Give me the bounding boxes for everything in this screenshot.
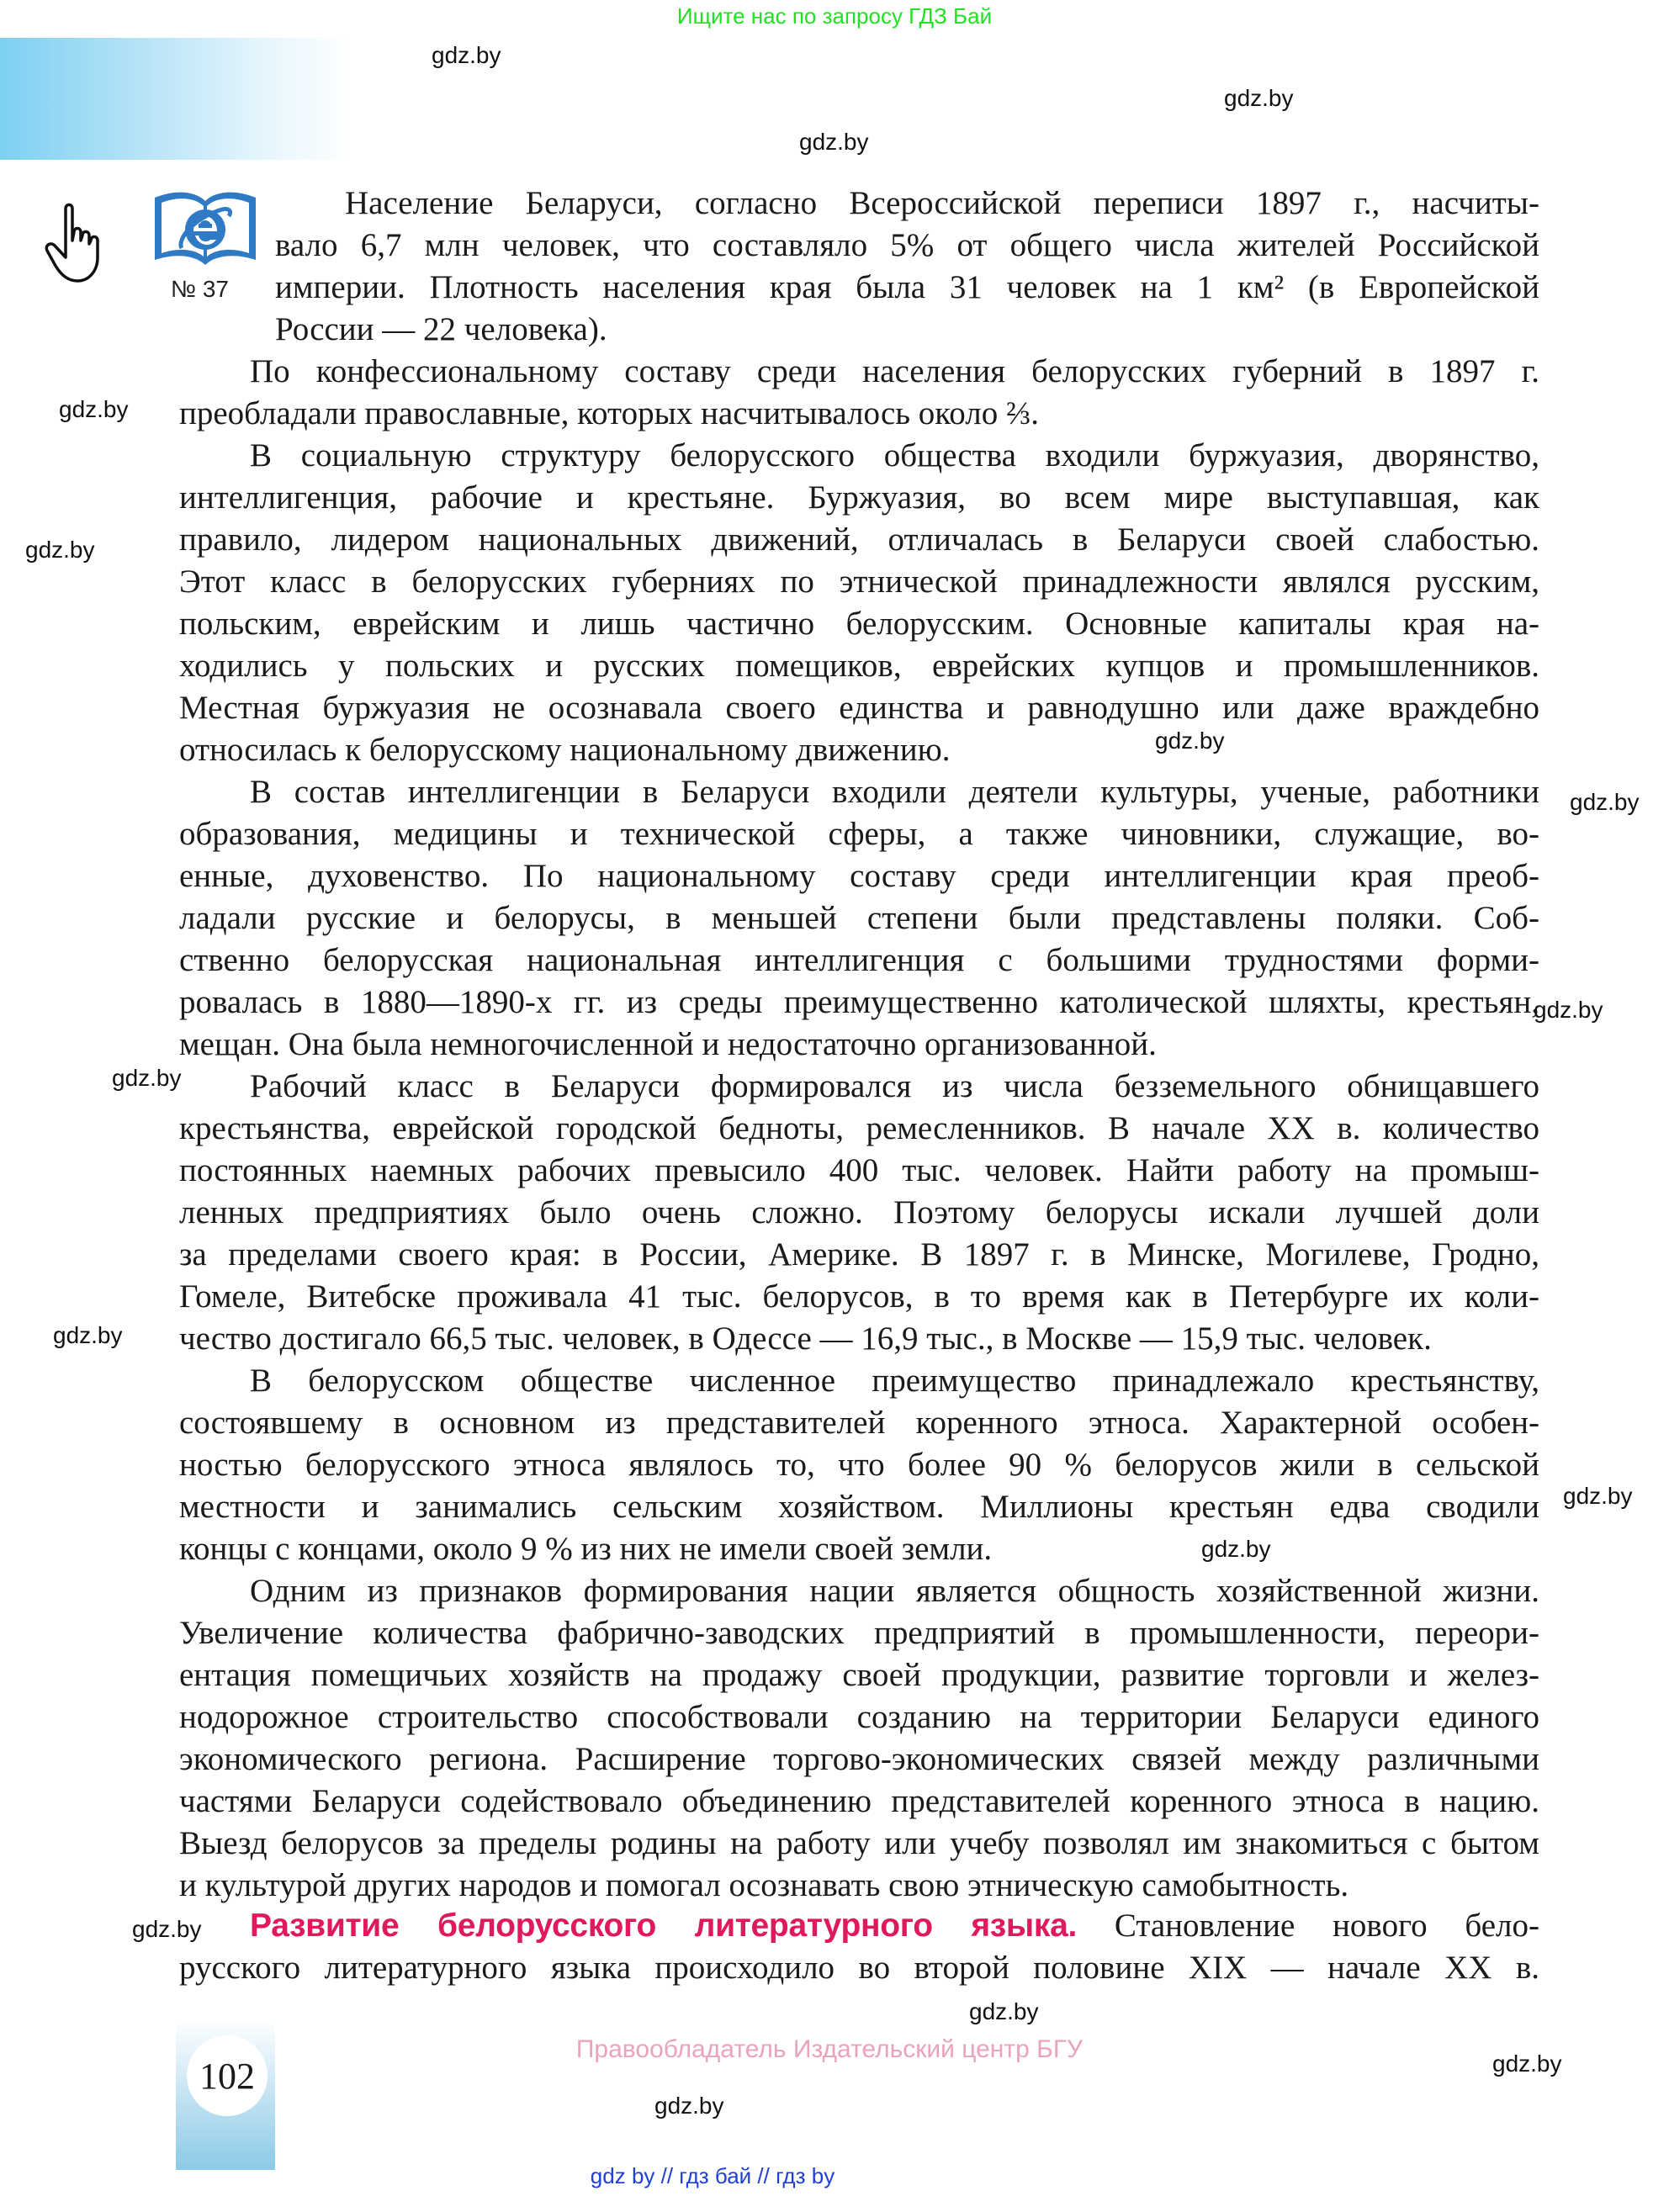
text-line: концы с концами, около 9 % из них не име… [179,1532,992,1565]
text-line: империи. Плотность населения края была 3… [275,271,1539,304]
text-line: енные, духовенство. По национальному сос… [179,860,1539,892]
text-line: В социальную структуру белорусского обще… [250,439,1539,472]
text-line: Выезд белорусов за пределы родины на раб… [179,1827,1539,1860]
text-line: относилась к белорусскому национальному … [179,733,950,766]
text-line: По конфессиональному составу среди насел… [250,355,1539,388]
watermark: gdz.by [1534,998,1603,1022]
text-line: постоянных наемных рабочих превысило 400… [179,1154,1539,1187]
text-line: Увеличение количества фабрично-заводских… [179,1617,1539,1649]
bottom-links[interactable]: gdz by // гдз бай // гдз by [0,2163,1669,2189]
text-line: образования, медицины и технической сфер… [179,818,1539,850]
text-line: Население Беларуси, согласно Всероссийск… [345,187,1539,220]
text-line: и культурой других народов и помогал осо… [179,1869,1348,1902]
text-line: преобладали православные, которых насчит… [179,397,1039,430]
watermark: gdz.by [112,1066,182,1090]
watermark: gdz.by [1155,729,1225,753]
text-line: правило, лидером национальных движений, … [179,523,1539,556]
watermark: gdz.by [799,130,869,154]
watermark: gdz.by [432,44,501,67]
text-line: нодорожное строительство способствовали … [179,1701,1539,1733]
section-heading-line: Развитие белорусского литературного язык… [250,1909,1539,1942]
text-line: Одним из признаков формирования нации яв… [250,1574,1539,1607]
text-line: крестьянства, еврейской городской беднот… [179,1112,1539,1145]
rights-holder: Правообладатель Издательский центр БГУ [0,2035,1669,2064]
text-line: польским, еврейским и лишь частично бело… [179,607,1539,640]
watermark: gdz.by [969,2000,1039,2024]
text-line: экономического региона. Расширение торго… [179,1743,1539,1775]
watermark: gdz.by [1201,1537,1271,1561]
watermark: gdz.by [654,2094,724,2118]
text-line: Гомеле, Витебске проживала 41 тыс. белор… [179,1280,1539,1313]
text-line: ровалась в 1880—1890-х гг. из среды преи… [179,986,1539,1019]
text-line: В состав интеллигенции в Беларуси входил… [250,775,1539,808]
text-line: ладали русские и белорусы, в меньшей сте… [179,902,1539,934]
watermark: gdz.by [59,398,129,421]
text-line: России — 22 человека). [275,313,607,346]
text-line: Рабочий класс в Беларуси формировался из… [250,1070,1539,1103]
watermark: gdz.by [25,538,95,562]
text-line: ностью белорусского этноса являлось то, … [179,1448,1539,1481]
text-line: чество достигало 66,5 тыс. человек, в Од… [179,1322,1432,1355]
text-line: интеллигенция, рабочие и крестьяне. Бурж… [179,481,1539,514]
bottom-links-text[interactable]: gdz by // гдз бай // гдз by [591,2163,834,2188]
text-line: за пределами своего края: в России, Амер… [179,1238,1539,1271]
text-line: местности и занимались сельским хозяйств… [179,1490,1539,1523]
text-line: ственно белорусская национальная интелли… [179,944,1539,976]
watermark: gdz.by [53,1324,123,1347]
watermark: gdz.by [1570,791,1640,814]
body-text: Население Беларуси, согласно Всероссийск… [0,0,1669,2212]
text-line: вало 6,7 млн человек, что составляло 5% … [275,229,1539,262]
text-line: ходились у польских и русских помещиков,… [179,649,1539,682]
text-line: В белорусском обществе численное преимущ… [250,1364,1539,1397]
text-line: состоявшему в основном из представителей… [179,1406,1539,1439]
watermark: gdz.by [132,1918,202,1941]
text-line: ентация помещичьих хозяйств на продажу с… [179,1659,1539,1691]
text-line: мещан. Она была немногочисленной и недос… [179,1028,1157,1061]
watermark: gdz.by [1563,1484,1633,1508]
section-heading: Развитие белорусского литературного язык… [250,1908,1077,1944]
text-line: Этот класс в белорусских губерниях по эт… [179,565,1539,598]
text-line: русского литературного языка происходило… [179,1951,1539,1984]
text-line: Местная буржуазия не осознавала своего е… [179,691,1539,724]
text-line: ленных предприятиях было очень сложно. П… [179,1196,1539,1229]
rights-holder-text: Правообладатель Издательский центр БГУ [576,2035,1083,2063]
watermark: gdz.by [1224,87,1294,110]
text-line: частями Беларуси содействовало объединен… [179,1785,1539,1818]
